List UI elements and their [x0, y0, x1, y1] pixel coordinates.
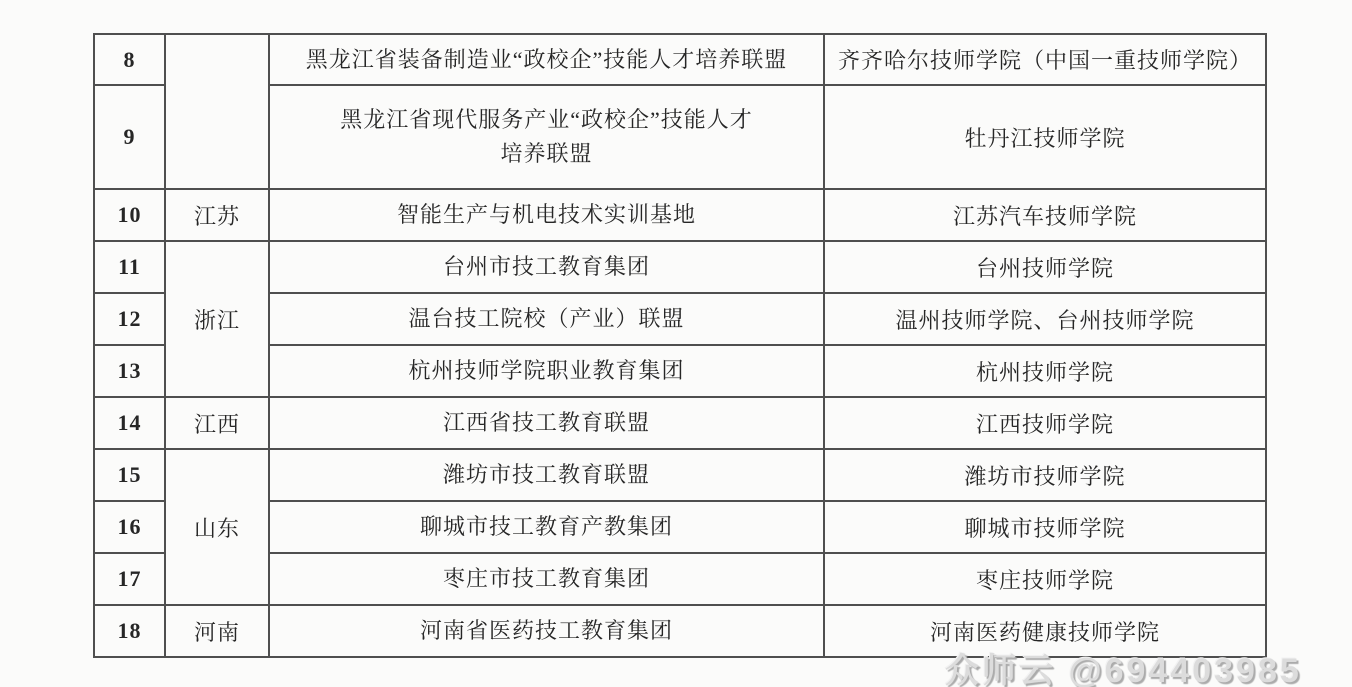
- watermark-text: 众师云 @694403985: [945, 643, 1302, 687]
- alliance-cell: 智能生产与机电技术实训基地: [269, 189, 824, 241]
- table-row: 9 黑龙江省现代服务产业“政校企”技能人才 培养联盟 牡丹江技师学院: [94, 85, 1266, 189]
- province-cell: 江苏: [165, 189, 269, 241]
- alliance-cell: 枣庄市技工教育集团: [269, 553, 824, 605]
- school-cell: 台州技师学院: [824, 241, 1266, 293]
- school-cell: 温州技师学院、台州技师学院: [824, 293, 1266, 345]
- alliance-cell: 江西省技工教育联盟: [269, 397, 824, 449]
- row-number-cell: 14: [94, 397, 165, 449]
- alliance-cell: 黑龙江省装备制造业“政校企”技能人才培养联盟: [269, 34, 824, 85]
- alliance-cell: 潍坊市技工教育联盟: [269, 449, 824, 501]
- province-cell: 河南: [165, 605, 269, 657]
- row-number-cell: 13: [94, 345, 165, 397]
- alliance-cell: 黑龙江省现代服务产业“政校企”技能人才 培养联盟: [269, 85, 824, 189]
- alliance-cell: 杭州技师学院职业教育集团: [269, 345, 824, 397]
- alliance-cell: 台州市技工教育集团: [269, 241, 824, 293]
- table-row: 12 温台技工院校（产业）联盟 温州技师学院、台州技师学院: [94, 293, 1266, 345]
- province-cell: [165, 34, 269, 189]
- table-row: 14 江西 江西省技工教育联盟 江西技师学院: [94, 397, 1266, 449]
- school-cell: 聊城市技师学院: [824, 501, 1266, 553]
- table-row: 10 江苏 智能生产与机电技术实训基地 江苏汽车技师学院: [94, 189, 1266, 241]
- row-number-cell: 16: [94, 501, 165, 553]
- row-number-cell: 11: [94, 241, 165, 293]
- school-cell: 齐齐哈尔技师学院（中国一重技师学院）: [824, 34, 1266, 85]
- table-row: 8 黑龙江省装备制造业“政校企”技能人才培养联盟 齐齐哈尔技师学院（中国一重技师…: [94, 34, 1266, 85]
- table-row: 15 山东 潍坊市技工教育联盟 潍坊市技师学院: [94, 449, 1266, 501]
- table-row: 16 聊城市技工教育产教集团 聊城市技师学院: [94, 501, 1266, 553]
- alliance-cell: 聊城市技工教育产教集团: [269, 501, 824, 553]
- document-table-container: 8 黑龙江省装备制造业“政校企”技能人才培养联盟 齐齐哈尔技师学院（中国一重技师…: [93, 33, 1267, 658]
- row-number-cell: 15: [94, 449, 165, 501]
- table-row: 11 浙江 台州市技工教育集团 台州技师学院: [94, 241, 1266, 293]
- province-cell: 浙江: [165, 241, 269, 397]
- table-row: 17 枣庄市技工教育集团 枣庄技师学院: [94, 553, 1266, 605]
- row-number-cell: 9: [94, 85, 165, 189]
- school-cell: 潍坊市技师学院: [824, 449, 1266, 501]
- row-number-cell: 10: [94, 189, 165, 241]
- province-cell: 山东: [165, 449, 269, 605]
- row-number-cell: 12: [94, 293, 165, 345]
- province-cell: 江西: [165, 397, 269, 449]
- school-cell: 江苏汽车技师学院: [824, 189, 1266, 241]
- school-cell: 牡丹江技师学院: [824, 85, 1266, 189]
- alliance-school-table: 8 黑龙江省装备制造业“政校企”技能人才培养联盟 齐齐哈尔技师学院（中国一重技师…: [93, 33, 1267, 658]
- school-cell: 杭州技师学院: [824, 345, 1266, 397]
- alliance-cell: 河南省医药技工教育集团: [269, 605, 824, 657]
- alliance-cell: 温台技工院校（产业）联盟: [269, 293, 824, 345]
- table-row: 13 杭州技师学院职业教育集团 杭州技师学院: [94, 345, 1266, 397]
- row-number-cell: 8: [94, 34, 165, 85]
- row-number-cell: 17: [94, 553, 165, 605]
- row-number-cell: 18: [94, 605, 165, 657]
- school-cell: 枣庄技师学院: [824, 553, 1266, 605]
- school-cell: 江西技师学院: [824, 397, 1266, 449]
